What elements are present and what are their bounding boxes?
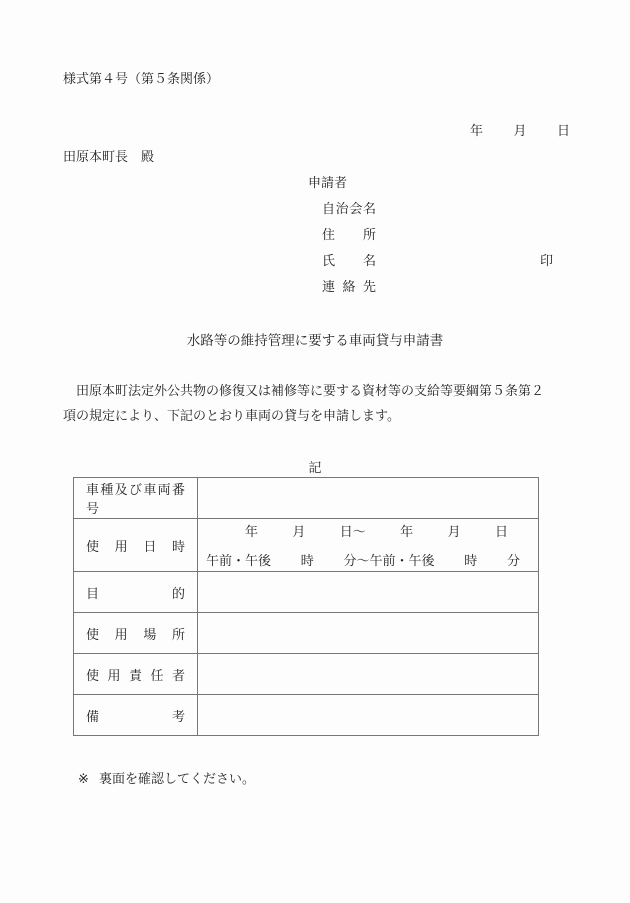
responsible-input-cell[interactable]: [198, 654, 539, 695]
detail-table: 車種及び車両番号 使用日時 年 月 日～ 年 月 日 午前・午後 時 分～午前・…: [73, 477, 539, 736]
row-label: 車種及び車両番号: [86, 479, 185, 517]
footnote-text: 裏面を確認してください。: [99, 772, 255, 787]
to-hour: 時: [464, 550, 477, 569]
row-label: 目的: [86, 583, 185, 602]
applicant-field-association[interactable]: 自治会名: [322, 198, 376, 217]
addressee: 田原本町長 殿: [63, 146, 154, 165]
table-row-location: 使用場所: [74, 613, 539, 654]
submission-date: 年 月 日: [470, 120, 570, 139]
label-cell: 使用場所: [74, 613, 198, 654]
field-label: 住所: [322, 224, 376, 243]
row-label: 使用場所: [86, 624, 185, 643]
date-day: 日: [557, 120, 570, 139]
date-year: 年: [470, 120, 483, 139]
label-cell: 使用日時: [74, 519, 198, 572]
applicant-field-address[interactable]: 住所: [322, 224, 376, 243]
body-line-1: 田原本町法定外公共物の修復又は補修等に要する資材等の支給等要綱第５条第２: [63, 379, 573, 404]
footnote: ※ 裏面を確認してください。: [78, 768, 255, 787]
to-month: 月: [448, 521, 461, 540]
label-cell: 備考: [74, 695, 198, 736]
ki-heading: 記: [0, 457, 630, 476]
location-input-cell[interactable]: [198, 613, 539, 654]
table-row-responsible: 使用責任者: [74, 654, 539, 695]
body-line-2: 項の規定により、下記のとおり車両の貸与を申請します。: [63, 404, 573, 429]
document-title: 水路等の維持管理に要する車両貸与申請書: [0, 329, 630, 349]
label-cell: 使用責任者: [74, 654, 198, 695]
reference-mark-icon: ※: [78, 772, 89, 787]
row-label: 使用責任者: [86, 665, 185, 684]
row-label: 使用日時: [86, 536, 185, 555]
applicant-heading: 申請者: [308, 172, 347, 191]
label-cell: 目的: [74, 572, 198, 613]
from-year: 年: [245, 521, 258, 540]
from-ampm: 午前・午後: [206, 550, 271, 569]
row-label: 備考: [86, 706, 185, 725]
body-paragraph: 田原本町法定外公共物の修復又は補修等に要する資材等の支給等要綱第５条第２ 項の規…: [63, 379, 573, 429]
field-label: 氏名: [322, 250, 376, 269]
form-number: 様式第４号（第５条関係）: [63, 68, 219, 87]
table-row-datetime: 使用日時 年 月 日～ 年 月 日 午前・午後 時 分～午前・午後 時 分: [74, 519, 539, 572]
applicant-field-name[interactable]: 氏名: [322, 250, 376, 269]
datetime-input-cell[interactable]: 年 月 日～ 年 月 日 午前・午後 時 分～午前・午後 時 分: [198, 519, 539, 572]
label-cell: 車種及び車両番号: [74, 478, 198, 519]
from-hour: 時: [301, 550, 314, 569]
date-range-line: 年 月 日～ 年 月 日: [198, 521, 538, 540]
from-month: 月: [292, 521, 305, 540]
field-label: 連絡先: [322, 276, 376, 295]
table-row-remarks: 備考: [74, 695, 539, 736]
date-month: 月: [513, 120, 526, 139]
to-year: 年: [400, 521, 413, 540]
applicant-field-contact[interactable]: 連絡先: [322, 276, 376, 295]
remarks-input-cell[interactable]: [198, 695, 539, 736]
vehicle-input-cell[interactable]: [198, 478, 539, 519]
to-day: 日: [495, 521, 508, 540]
table-row-purpose: 目的: [74, 572, 539, 613]
from-minute-to-ampm: 分～午前・午後: [343, 550, 434, 569]
field-label: 自治会名: [322, 198, 376, 217]
seal-mark: 印: [540, 250, 553, 269]
table-row-vehicle: 車種及び車両番号: [74, 478, 539, 519]
from-day: 日～: [340, 521, 366, 540]
to-minute: 分: [507, 550, 520, 569]
purpose-input-cell[interactable]: [198, 572, 539, 613]
time-range-line: 午前・午後 時 分～午前・午後 時 分: [198, 550, 538, 569]
